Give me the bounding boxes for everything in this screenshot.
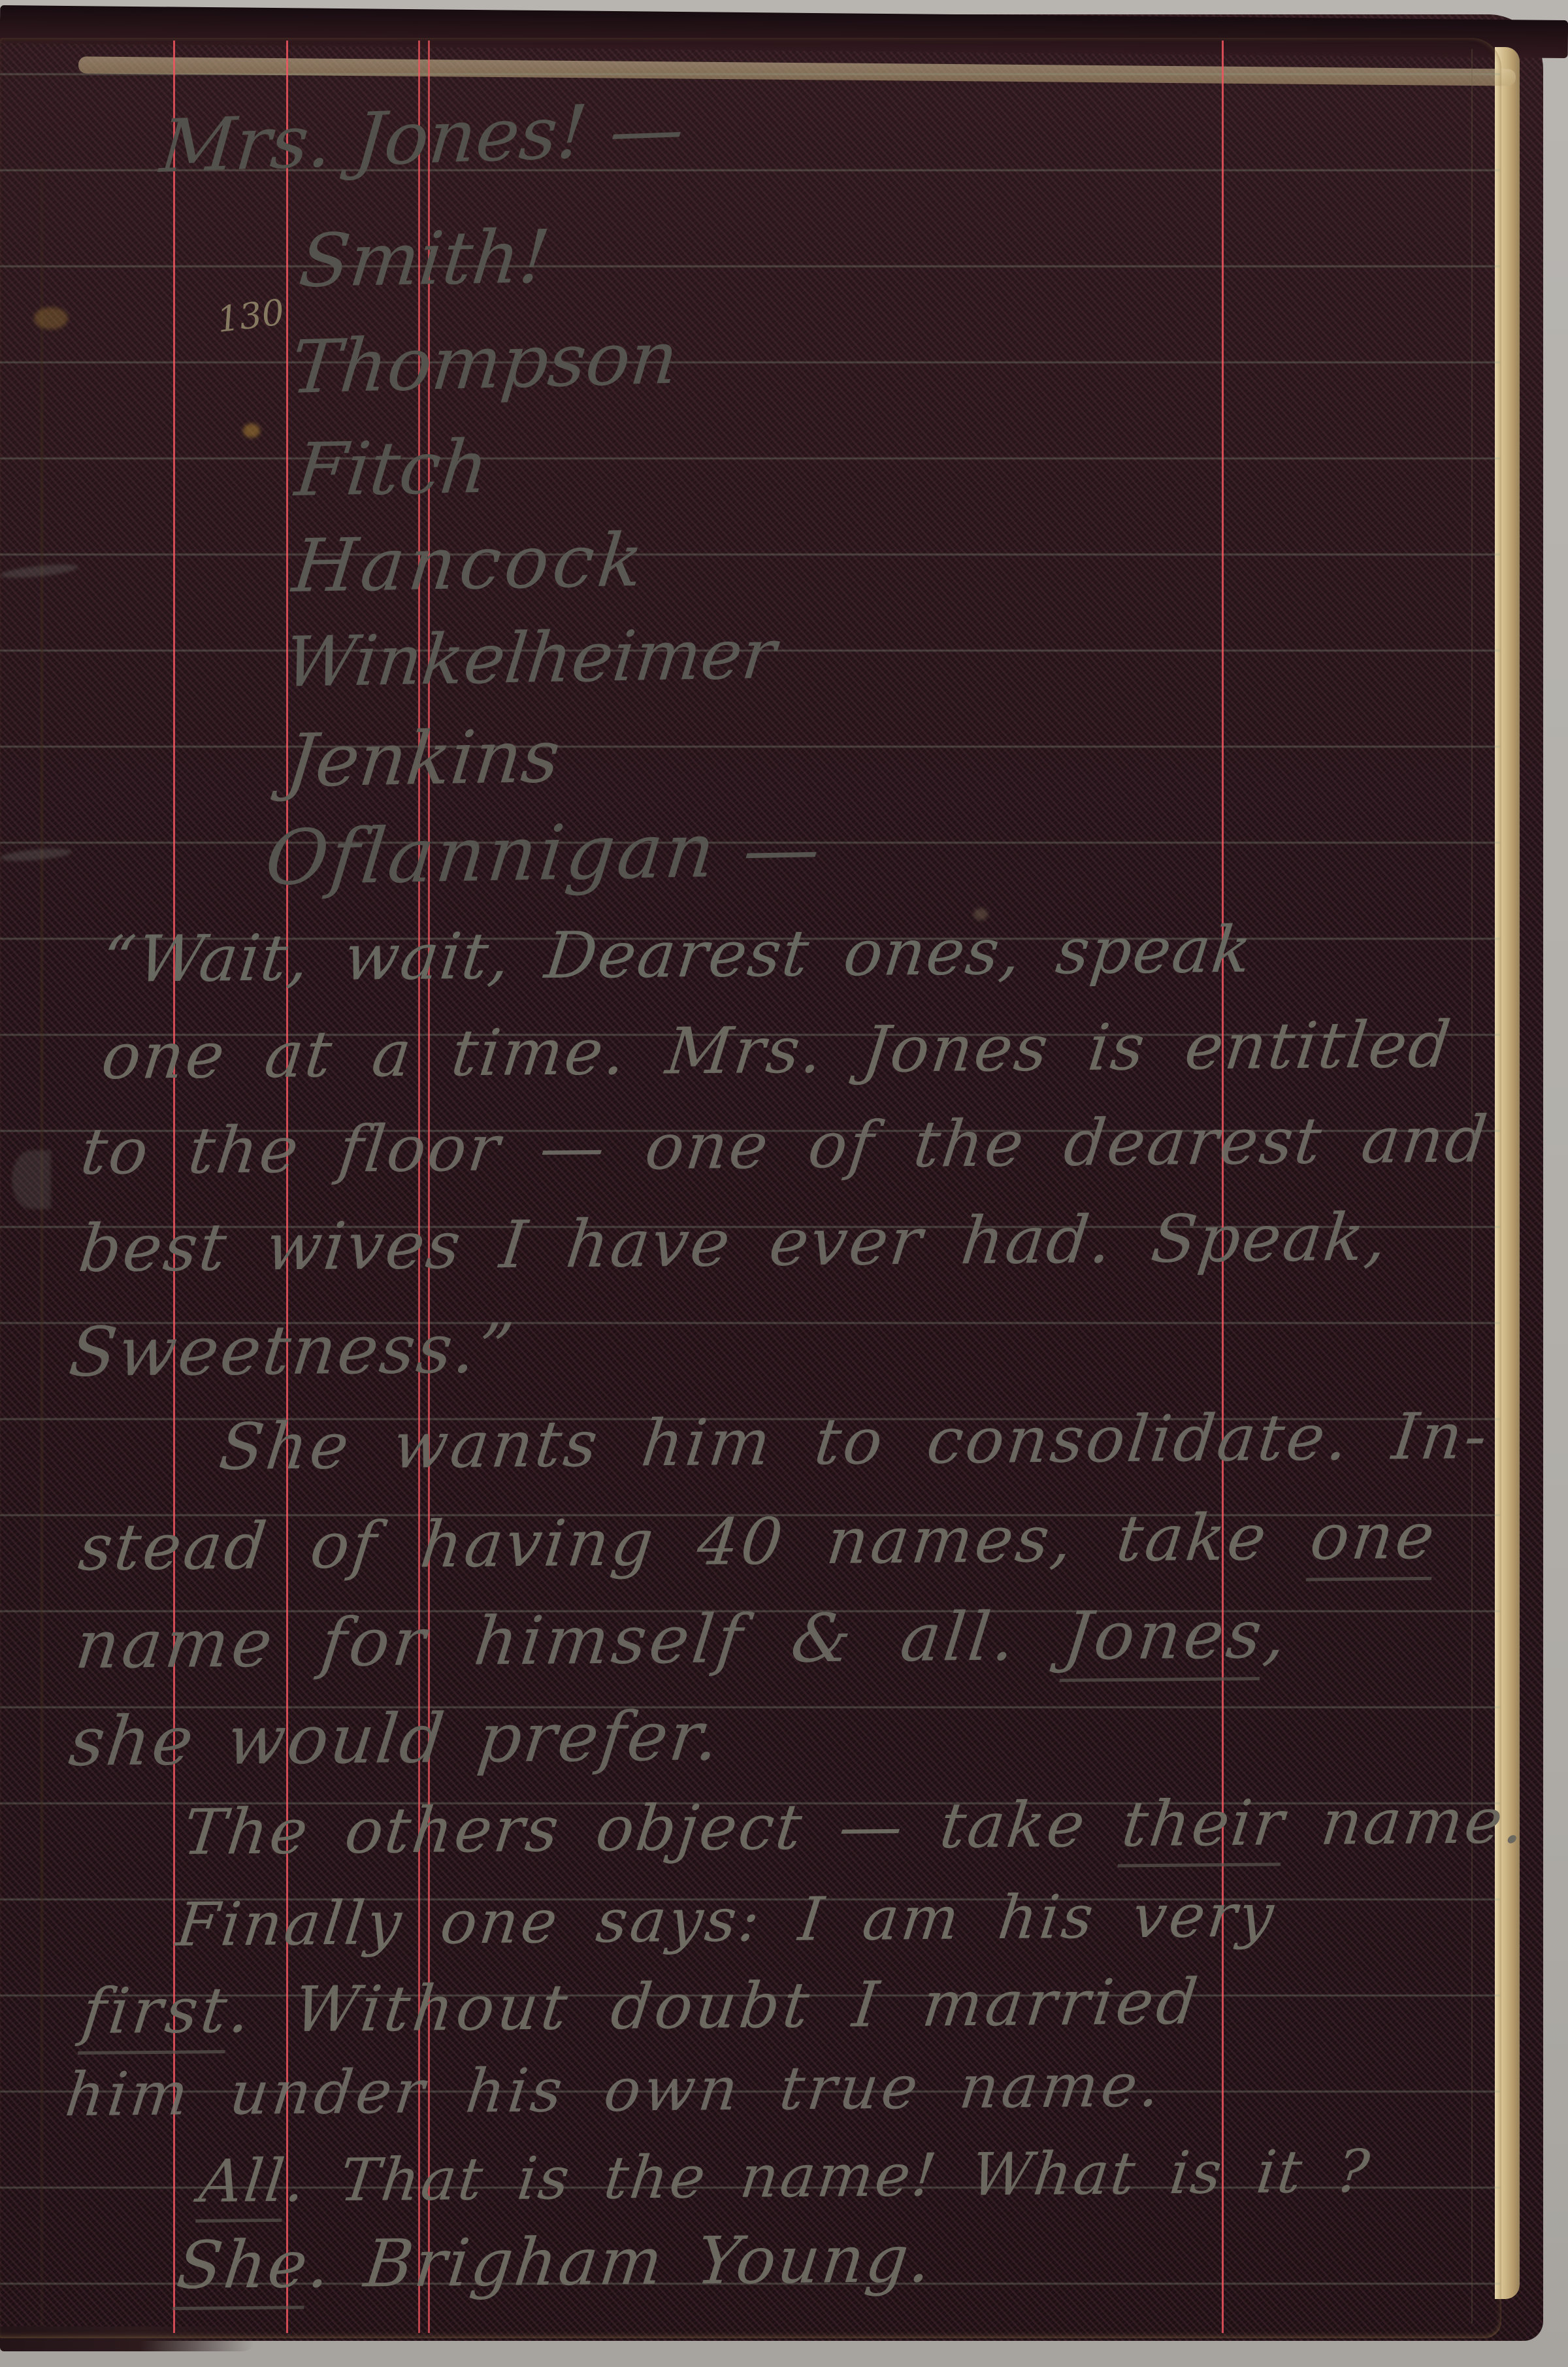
handwriting-line-18: The others object — take their name.	[180, 1784, 1530, 1869]
handwriting-line-7: Jenkins	[282, 714, 564, 804]
line-text: Winkelheimer	[281, 614, 779, 703]
handwriting-line-17: she would prefer.	[65, 1696, 725, 1781]
line-text: Finally one says: I am his very	[173, 1880, 1280, 1960]
line-text: she would prefer.	[65, 1696, 725, 1781]
line-text: best wives I have ever had. Speak,	[75, 1199, 1393, 1287]
red-margin-rule-right	[1222, 41, 1224, 2333]
handwriting-line-12: best wives I have ever had. Speak,	[75, 1199, 1393, 1287]
handwriting-line-2: Smith!	[295, 214, 553, 304]
line-text: one at a time. Mrs. Jones is entitled	[98, 1008, 1456, 1094]
line-text: “Wait, wait, Dearest ones, speak	[98, 913, 1256, 997]
handwriting-line-23: She. Brigham Young.	[173, 2221, 937, 2304]
line-text: Sweetness.”	[65, 1308, 519, 1392]
handwriting-line-13: Sweetness.”	[65, 1308, 519, 1392]
handwriting-line-4: Fitch	[291, 425, 493, 513]
ghost-pencil-mark	[12, 1150, 51, 1209]
age-spot	[243, 423, 260, 438]
underlined-word: Jones	[1059, 1596, 1269, 1682]
underlined-word: All	[195, 2147, 290, 2223]
line-text: name.	[1281, 1784, 1530, 1859]
line-text: name for himself & all.	[72, 1598, 1069, 1684]
page-crease-line	[1471, 49, 1473, 2323]
handwriting-line-11: to the floor — one of the dearest and	[77, 1102, 1493, 1189]
binding-gutter-crease	[41, 163, 43, 2326]
handwriting-line-15: stead of having 40 names, take one	[75, 1499, 1441, 1585]
line-text: . Without doubt I married	[225, 1965, 1204, 2047]
underlined-word: their	[1118, 1786, 1290, 1867]
line-text: Fitch	[291, 425, 493, 513]
handwriting-line-9: “Wait, wait, Dearest ones, speak	[98, 913, 1256, 997]
line-text: to the floor — one of the dearest and	[77, 1102, 1493, 1189]
line-text: Oflannigan —	[261, 804, 827, 902]
handwriting-line-10: one at a time. Mrs. Jones is entitled	[98, 1008, 1456, 1094]
line-text: She wants him to consolidate. In-	[216, 1399, 1494, 1485]
handwriting-line-14: She wants him to consolidate. In-	[216, 1399, 1494, 1485]
line-text: stead of having 40 names, take	[75, 1500, 1315, 1585]
line-text: Thompson	[287, 316, 681, 410]
handwriting-line-3: Thompson	[287, 316, 681, 410]
underlined-word: first	[78, 1974, 234, 2055]
underlined-word: She	[172, 2226, 314, 2310]
line-text: Smith!	[295, 214, 553, 304]
handwriting-line-5: Hancock	[289, 518, 651, 609]
handwriting-line-22: All. That is the name! What is it ?	[196, 2137, 1375, 2216]
handwriting-line-6: Winkelheimer	[281, 614, 779, 703]
handwriting-line-21: him under his own true name.	[62, 2050, 1167, 2130]
handwriting-line-20: first. Without doubt I married	[78, 1965, 1204, 2048]
line-text: Hancock	[289, 518, 651, 609]
line-text: . Brigham Young.	[304, 2221, 937, 2302]
line-text: Jenkins	[282, 714, 564, 804]
line-text: The others object — take	[180, 1787, 1127, 1869]
underlined-word: one	[1306, 1499, 1441, 1581]
handwriting-line-16: name for himself & all. Jones,	[72, 1596, 1294, 1684]
margin-page-number: 130	[215, 291, 287, 340]
line-text: him under his own true name.	[62, 2050, 1167, 2130]
age-spot	[34, 307, 68, 329]
handwriting-line-19: Finally one says: I am his very	[173, 1880, 1280, 1960]
handwriting-line-8: Oflannigan —	[261, 804, 827, 902]
line-text: . That is the name! What is it ?	[282, 2137, 1375, 2215]
notebook-photo: 130 Mrs. Jones! — Smith! Thompson Fitch …	[0, 0, 1568, 2367]
